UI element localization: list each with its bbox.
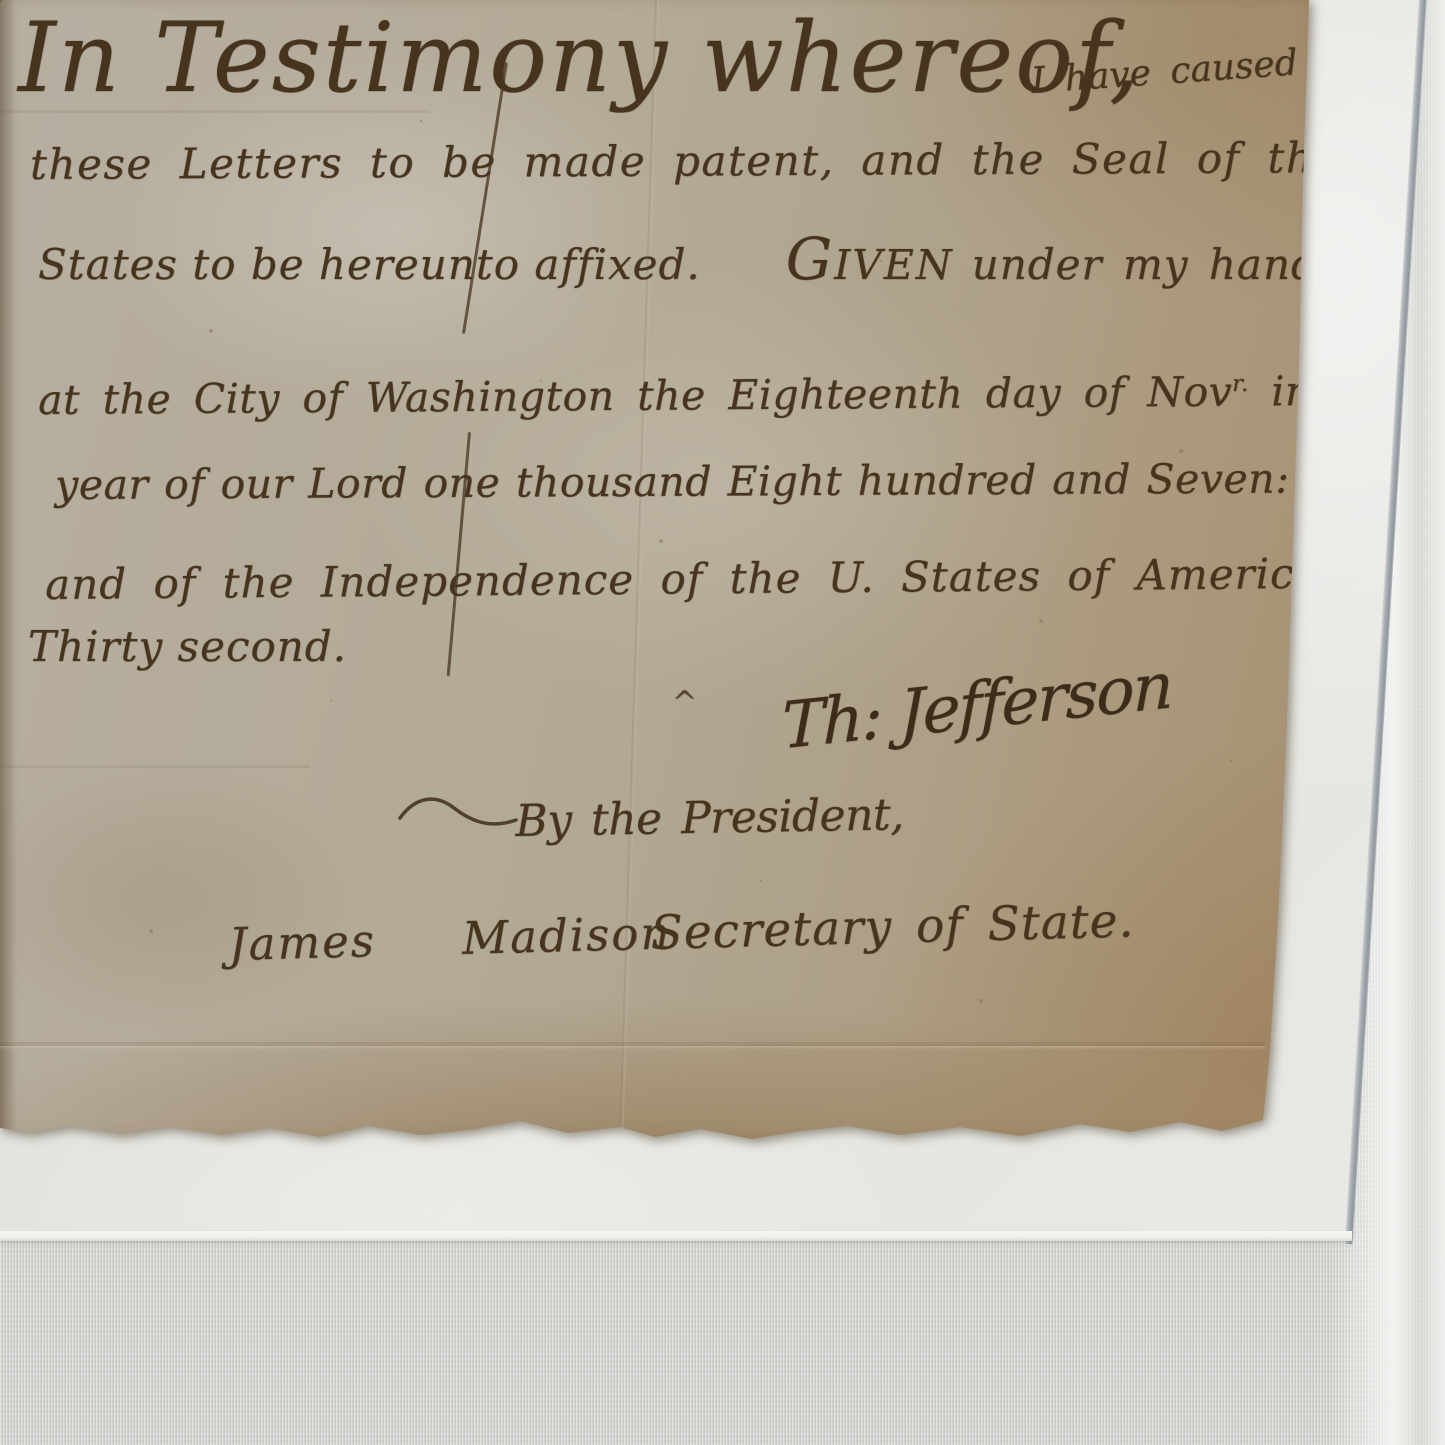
mat-bevel-edge-bottom [0,1231,1352,1241]
handwriting-line-seal-affixed: States to be hereunto affixed.Givenunder… [38,244,1319,286]
handwriting-line-testimony: In Testimony whereof, [18,10,1142,106]
handwriting-line-year: year of our Lord one thousand Eight hund… [55,459,1290,506]
jefferson-signature: Th: Jefferson [782,654,1172,759]
seal-affixed-text: States to be hereunto affixed. [38,240,701,289]
paper-foxing-specks [0,0,2,2]
by-the-president-line: By the President, [515,793,904,844]
city-washington-text: at the City of Washington the Eighteenth… [38,368,1233,424]
handwriting-line-city-washington: at the City of Washington the Eighteenth… [38,370,1403,421]
handwriting-line-thirty-second: Thirty second. [28,626,347,668]
paper-crease-left-edge [0,0,16,1140]
nov-superscript: r. [1232,371,1249,397]
document-paper: In Testimony whereof, I have caused thes… [0,0,1320,1150]
paper-crease-faint-middle [0,765,310,768]
document-paper-shadow: In Testimony whereof, I have caused thes… [0,0,1320,1160]
handwriting-line-independence: and of the Independence of the U. States… [45,552,1419,606]
paper-crease-horizontal [0,1042,1265,1046]
ink-mark: ^ [672,688,697,718]
framed-document-photo: In Testimony whereof, I have caused thes… [0,0,1445,1445]
given-word: Given [786,225,954,293]
secretary-of-state-title: Secretary of State. [650,897,1135,957]
handwriting-line-letters-patent: these Letters to be made patent, and the… [30,136,1445,186]
flourish-swash [396,790,520,838]
madison-signature: James Madison [228,910,672,967]
under-my-hand-text: under my hand [972,240,1319,289]
